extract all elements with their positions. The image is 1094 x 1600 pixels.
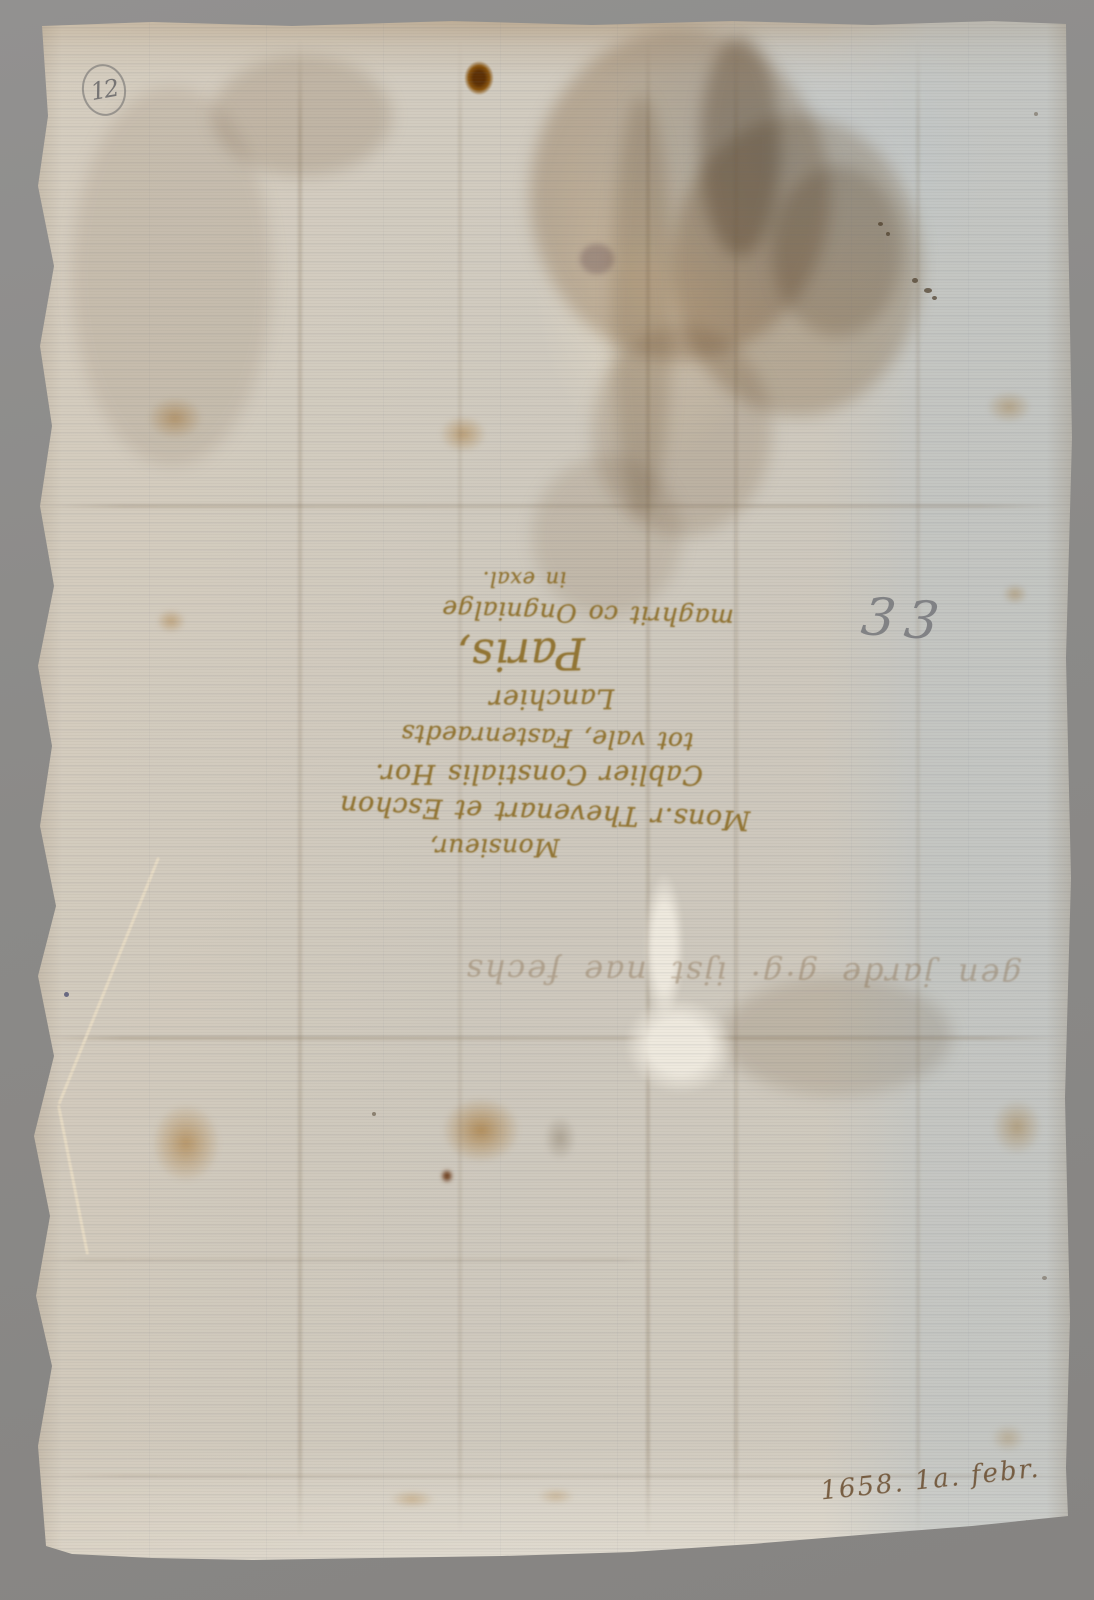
paper-abrasion: [618, 991, 740, 1101]
water-stain: [592, 326, 772, 536]
paper-crack: [58, 857, 160, 1105]
fox-stain: [530, 1484, 582, 1508]
vertical-fold-crease: [298, 38, 302, 1538]
address-line: tot vale, Fastenraedts: [341, 714, 694, 759]
fox-stain: [426, 1084, 536, 1176]
fox-stain: [982, 1088, 1052, 1166]
address-line: in exal.: [344, 563, 566, 593]
address-line: Cablier Constialis Hor.: [341, 754, 703, 794]
fox-stain: [440, 1168, 454, 1184]
horizontal-fold-crease: [42, 1036, 1062, 1040]
fox-stain: [977, 384, 1041, 430]
water-stain: [612, 96, 672, 516]
water-stain: [700, 36, 780, 256]
vertical-fold-crease: [734, 38, 738, 1538]
ink-burn-spot: [460, 56, 498, 100]
ink-speck: [372, 1112, 376, 1116]
paper-abrasion: [644, 872, 684, 1022]
ink-speck: [886, 232, 890, 236]
ink-speck: [912, 278, 918, 283]
fox-stain: [997, 579, 1033, 609]
vertical-fold-crease: [916, 38, 920, 1538]
fox-stain: [538, 1108, 582, 1168]
photograph-backdrop: 12 33 Monsieur, Mons.r Thevenart et Esch…: [0, 0, 1094, 1600]
ink-speck: [924, 288, 932, 293]
fox-stain: [150, 604, 192, 638]
address-line-city: Paris,: [343, 627, 586, 682]
circled-archival-number: 12: [78, 61, 130, 120]
fox-stain: [380, 1486, 444, 1512]
fox-stain: [138, 1088, 234, 1198]
faint-scrawl-upside-down: gen jarde g·g· ijst nae fechs: [382, 951, 1022, 995]
folio-number: 18: [1018, 1515, 1045, 1540]
fox-stain: [136, 388, 214, 448]
horizontal-fold-crease: [42, 1474, 1062, 1478]
paper-crack: [57, 1105, 89, 1255]
circled-number-text: 12: [88, 74, 119, 106]
address-line: Monsieur,: [340, 830, 560, 866]
water-stain: [72, 86, 272, 466]
ink-speck: [1034, 112, 1038, 116]
vertical-fold-crease: [646, 38, 650, 1538]
address-line: Mons.r Thevenart et Eschon: [340, 785, 751, 839]
ink-speck: [1042, 1276, 1047, 1280]
horizontal-fold-crease: [42, 1258, 662, 1262]
letter-verso-sheet: 12 33 Monsieur, Mons.r Thevenart et Esch…: [32, 18, 1072, 1560]
water-stain: [772, 166, 902, 336]
address-block-upside-down: Monsieur, Mons.r Thevenart et Eschon Cab…: [339, 561, 764, 870]
water-stain: [530, 30, 830, 360]
fox-stain: [430, 408, 496, 460]
pencil-archival-number: 33: [858, 587, 952, 653]
water-stain: [212, 56, 392, 176]
water-stain: [722, 976, 952, 1096]
horizontal-fold-crease: [42, 504, 1062, 508]
water-stain: [672, 116, 922, 416]
address-line: maghrit co Ongnialge: [343, 588, 734, 636]
ink-speck: [932, 296, 937, 300]
fox-stain: [984, 1418, 1032, 1458]
date-inscription: 1658. 1a. febr.: [819, 1454, 1042, 1507]
blue-ink-dot: [64, 992, 69, 997]
ink-speck: [878, 222, 883, 226]
purple-smudge: [580, 244, 614, 274]
water-stain: [532, 456, 682, 616]
vertical-fold-crease: [458, 38, 462, 1538]
address-line: Lanchier: [342, 678, 614, 719]
